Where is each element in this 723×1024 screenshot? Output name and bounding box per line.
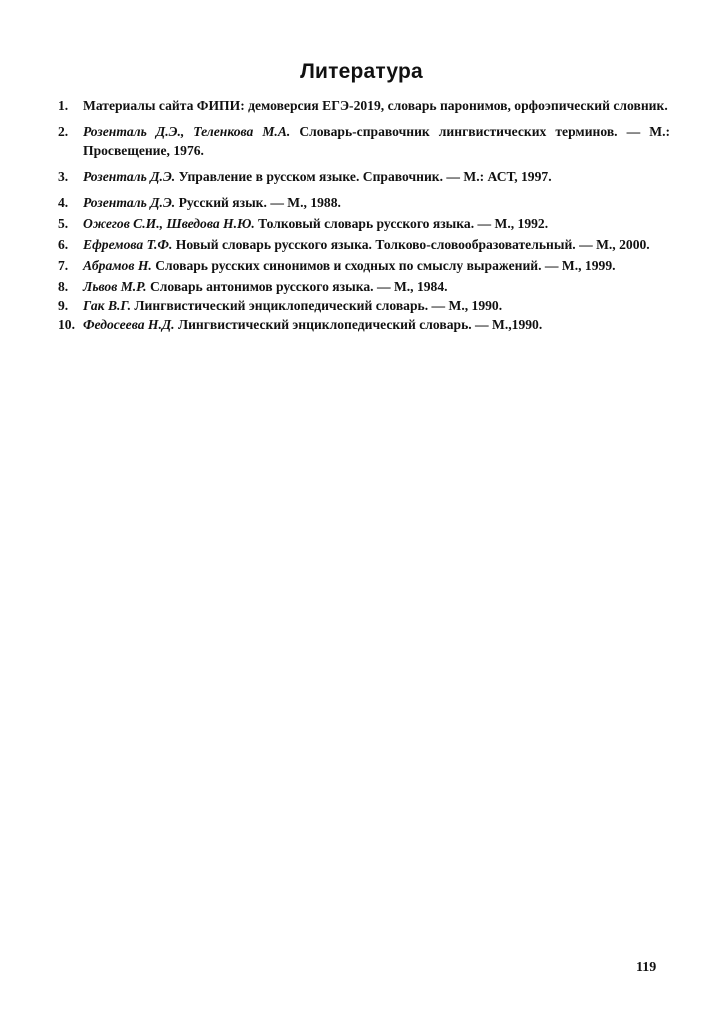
reference-author: Розенталь Д.Э., Теленкова М.А. — [83, 124, 290, 139]
page-number: 119 — [636, 960, 656, 976]
reference-item: 8. Львов М.Р. Словарь антонимов русского… — [58, 277, 670, 296]
reference-number: 2. — [58, 122, 83, 160]
reference-item: 3. Розенталь Д.Э. Управление в русском я… — [58, 167, 670, 186]
reference-author: Розенталь Д.Э. — [83, 195, 175, 210]
reference-author: Ефремова Т.Ф. — [83, 237, 172, 252]
reference-number: 9. — [58, 296, 83, 315]
reference-number: 5. — [58, 214, 83, 233]
reference-number: 10. — [58, 315, 83, 334]
reference-author: Федосеева Н.Д. — [83, 317, 175, 332]
reference-text: Русский язык. — М., 1988. — [179, 195, 341, 210]
reference-author: Ожегов С.И., Шведова Н.Ю. — [83, 216, 255, 231]
reference-number: 6. — [58, 235, 83, 254]
reference-text: Лингвистический энциклопедический словар… — [178, 317, 542, 332]
reference-number: 8. — [58, 277, 83, 296]
reference-author: Львов М.Р. — [83, 279, 147, 294]
reference-item: 6. Ефремова Т.Ф. Новый словарь русского … — [58, 235, 670, 254]
reference-text: Материалы сайта ФИПИ: демоверсия ЕГЭ-201… — [83, 96, 670, 115]
reference-text: Лингвистический энциклопедический словар… — [134, 298, 502, 313]
reference-item: 5. Ожегов С.И., Шведова Н.Ю. Толковый сл… — [58, 214, 670, 233]
reference-text: Новый словарь русского языка. Толково-сл… — [176, 237, 650, 252]
reference-number: 1. — [58, 96, 83, 115]
reference-author: Гак В.Г. — [83, 298, 131, 313]
reference-number: 7. — [58, 256, 83, 275]
reference-author: Розенталь Д.Э. — [83, 169, 175, 184]
reference-author: Абрамов Н. — [83, 258, 152, 273]
reference-item: 9. Гак В.Г. Лингвистический энциклопедич… — [58, 296, 670, 315]
reference-item: 7. Абрамов Н. Словарь русских синонимов … — [58, 256, 670, 275]
reference-text: Управление в русском языке. Справочник. … — [179, 169, 552, 184]
reference-item: 4. Розенталь Д.Э. Русский язык. — М., 19… — [58, 193, 670, 212]
reference-text: Толковый словарь русского языка. — М., 1… — [258, 216, 548, 231]
reference-list: 1. Материалы сайта ФИПИ: демоверсия ЕГЭ-… — [58, 96, 670, 334]
page-title: Литература — [0, 60, 723, 84]
reference-item: 10. Федосеева Н.Д. Лингвистический энцик… — [58, 315, 670, 334]
reference-item: 2. Розенталь Д.Э., Теленкова М.А. Словар… — [58, 122, 670, 160]
reference-number: 3. — [58, 167, 83, 186]
reference-text: Словарь русских синонимов и сходных по с… — [155, 258, 615, 273]
reference-number: 4. — [58, 193, 83, 212]
reference-item: 1. Материалы сайта ФИПИ: демоверсия ЕГЭ-… — [58, 96, 670, 115]
reference-text: Словарь антонимов русского языка. — М., … — [150, 279, 448, 294]
